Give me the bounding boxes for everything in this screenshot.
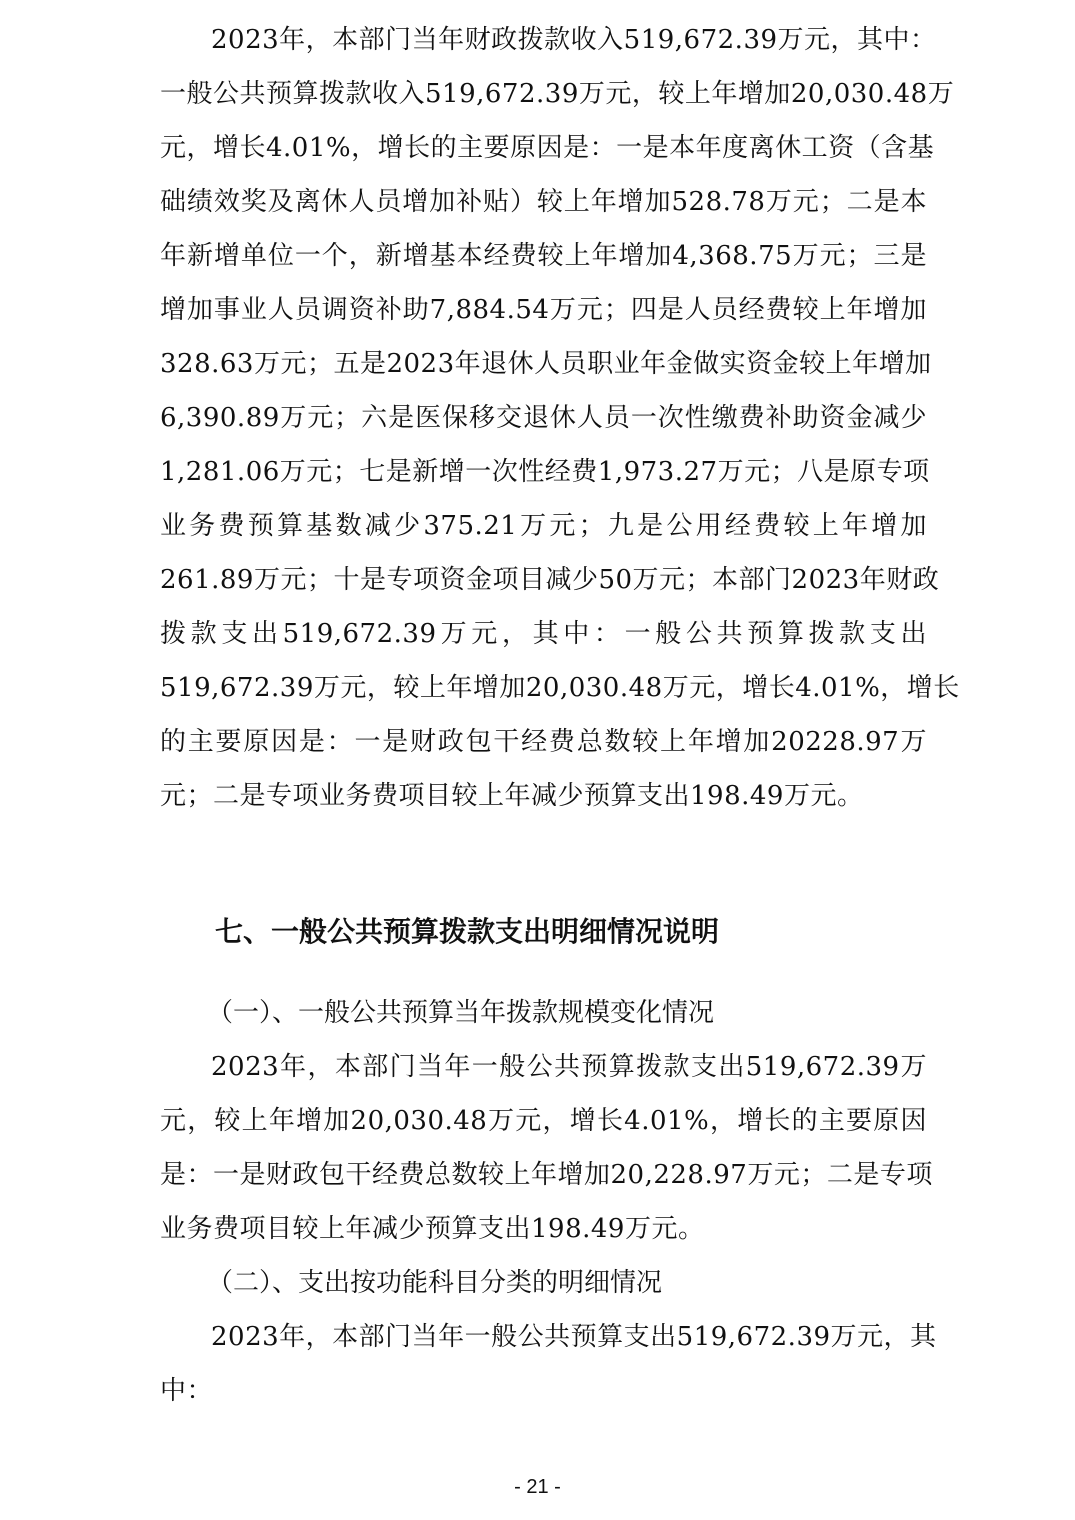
text-line: 328.63万元；五是2023年退休人员职业年金做实资金较上年增加 — [160, 344, 927, 384]
text-line: 中： — [160, 1371, 927, 1411]
text-line: 元，较上年增加20,030.48万元，增长4.01%，增长的主要原因 — [160, 1101, 927, 1141]
page-number: - 21 - — [0, 1476, 1075, 1499]
text-line: 是：一是财政包干经费总数较上年增加20,228.97万元；二是专项 — [160, 1155, 927, 1195]
text-line: 业务费预算基数减少375.21万元；九是公用经费较上年增加 — [160, 506, 927, 546]
text-line: 6,390.89万元；六是医保移交退休人员一次性缴费补助资金减少 — [160, 398, 927, 438]
section-heading: 七、一般公共预算拨款支出明细情况说明 — [215, 912, 719, 952]
text-line: 础绩效奖及离休人员增加补贴）较上年增加528.78万元；二是本 — [160, 182, 927, 222]
text-line: 年新增单位一个，新增基本经费较上年增加4,368.75万元；三是 — [160, 236, 927, 276]
document-page: 2023年，本部门当年财政拨款收入519,672.39万元，其中： 一般公共预算… — [0, 0, 1075, 1520]
subsection-title: （一）、一般公共预算当年拨款规模变化情况 — [207, 993, 714, 1033]
text-line: 业务费项目较上年减少预算支出198.49万元。 — [160, 1209, 927, 1249]
text-line: 2023年，本部门当年一般公共预算拨款支出519,672.39万 — [211, 1047, 927, 1087]
text-line: 2023年，本部门当年一般公共预算支出519,672.39万元，其 — [211, 1317, 927, 1357]
text-line: 元；二是专项业务费项目较上年减少预算支出198.49万元。 — [160, 776, 927, 816]
text-line: 的主要原因是：一是财政包干经费总数较上年增加20228.97万 — [160, 722, 927, 762]
text-line: 增加事业人员调资补助7,884.54万元；四是人员经费较上年增加 — [160, 290, 927, 330]
text-line: 1,281.06万元；七是新增一次性经费1,973.27万元；八是原专项 — [160, 452, 927, 492]
subsection-title: （二）、支出按功能科目分类的明细情况 — [207, 1263, 662, 1303]
text-line: 拨款支出519,672.39万元，其中：一般公共预算拨款支出 — [160, 614, 927, 654]
text-line: 一般公共预算拨款收入519,672.39万元，较上年增加20,030.48万 — [160, 74, 927, 114]
text-line: 261.89万元；十是专项资金项目减少50万元；本部门2023年财政 — [160, 560, 927, 600]
text-line: 元，增长4.01%，增长的主要原因是：一是本年度离休工资（含基 — [160, 128, 927, 168]
text-line: 2023年，本部门当年财政拨款收入519,672.39万元，其中： — [211, 20, 927, 60]
text-line: 519,672.39万元，较上年增加20,030.48万元，增长4.01%，增长 — [160, 668, 927, 708]
